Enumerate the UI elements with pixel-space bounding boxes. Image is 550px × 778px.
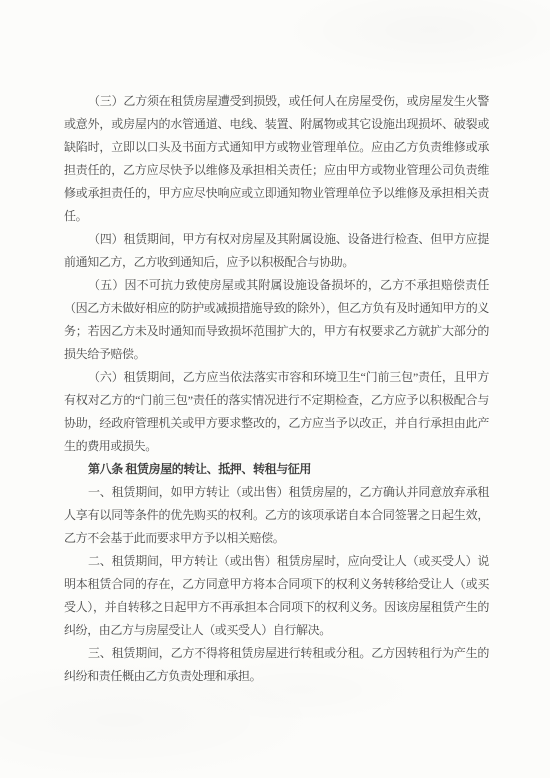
article-8-item-3-paragraph: 三、租赁期间，乙方不得将租赁房屋进行转租或分租。乙方因转租行为产生的纠纷和责任概… bbox=[64, 642, 489, 688]
article-8-heading: 第八条 租赁房屋的转让、抵押、转租与征用 bbox=[64, 458, 489, 481]
contract-text-block: （三）乙方须在租赁房屋遭受到损毁，或任何人在房屋受伤，或房屋发生火警或意外，或房… bbox=[64, 90, 489, 688]
clause-6-paragraph: （六）租赁期间，乙方应当依法落实市容和环境卫生“门前三包”责任，且甲方有权对乙方… bbox=[64, 366, 489, 458]
article-8-item-1-paragraph: 一、租赁期间，如甲方转让（或出售）租赁房屋的，乙方确认并同意放弃承租人享有以同等… bbox=[64, 481, 489, 550]
scanned-document-page: （三）乙方须在租赁房屋遭受到损毁，或任何人在房屋受伤，或房屋发生火警或意外，或房… bbox=[0, 0, 550, 778]
article-8-item-2-paragraph: 二、租赁期间，甲方转让（或出售）租赁房屋时，应向受让人（或买受人）说明本租赁合同… bbox=[64, 550, 489, 642]
clause-5-paragraph: （五）因不可抗力致使房屋或其附属设施设备损坏的，乙方不承担赔偿责任（因乙方未做好… bbox=[64, 274, 489, 366]
clause-4-paragraph: （四）租赁期间，甲方有权对房屋及其附属设施、设备进行检查、但甲方应提前通知乙方，… bbox=[64, 228, 489, 274]
clause-3-paragraph: （三）乙方须在租赁房屋遭受到损毁，或任何人在房屋受伤，或房屋发生火警或意外，或房… bbox=[64, 90, 489, 228]
